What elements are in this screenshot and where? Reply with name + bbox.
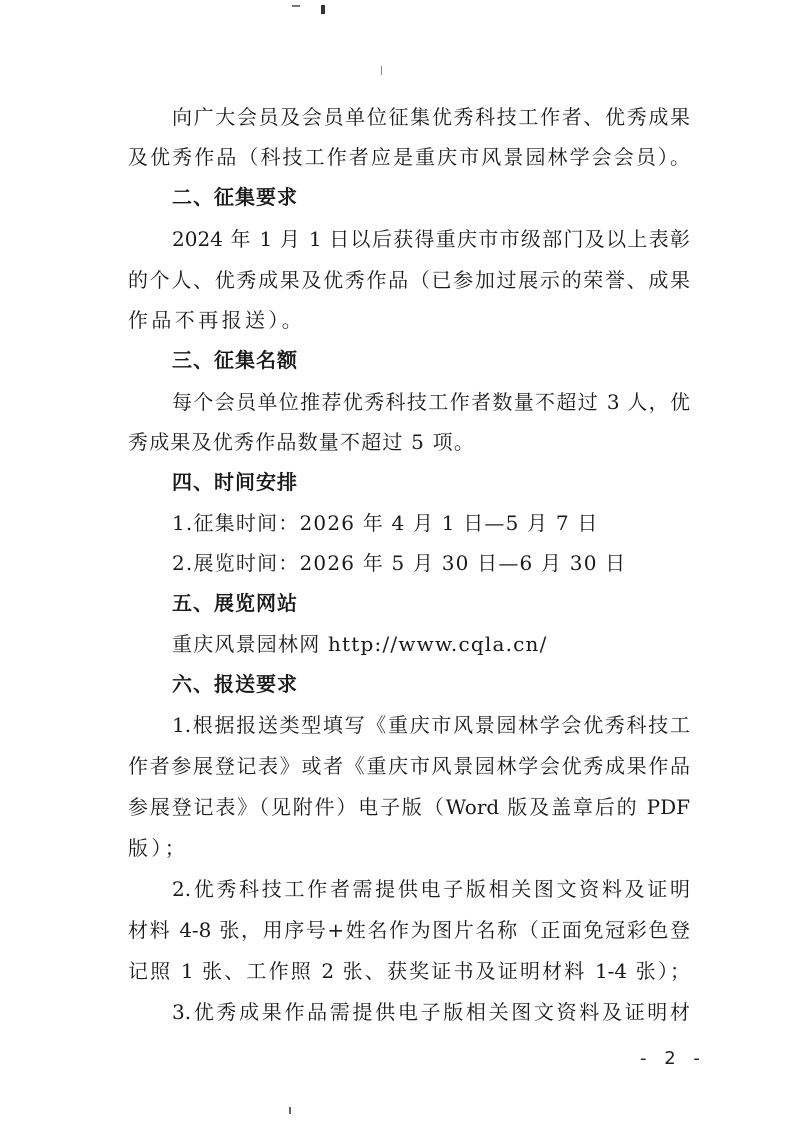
- schedule-exhibition-time: 2.展览时间：2026 年 5 月 30 日—6 月 30 日: [172, 543, 690, 583]
- submission-item2-line-1: 2.优秀科技工作者需提供电子版相关图文资料及证明: [172, 869, 690, 909]
- submission-item3-line-1: 3.优秀成果作品需提供电子版相关图文资料及证明材: [172, 992, 690, 1032]
- intro-line-1: 向广大会员及会员单位征集优秀科技工作者、优秀成果: [172, 97, 690, 137]
- section-heading-quota: 三、征集名额: [172, 340, 690, 380]
- scan-artifact: [289, 1107, 291, 1114]
- section-heading-website: 五、展览网站: [172, 583, 690, 623]
- intro-line-2: 及优秀作品（科技工作者应是重庆市风景园林学会会员）。: [128, 137, 690, 177]
- quota-line-1: 每个会员单位推荐优秀科技工作者数量不超过 3 人，优: [172, 382, 690, 422]
- section-heading-submission: 六、报送要求: [172, 664, 690, 704]
- requirements-line-1: 2024 年 1 月 1 日以后获得重庆市市级部门及以上表彰: [172, 219, 690, 259]
- scan-artifact: [292, 5, 300, 7]
- document-page: 向广大会员及会员单位征集优秀科技工作者、优秀成果 及优秀作品（科技工作者应是重庆…: [0, 0, 794, 1123]
- requirements-line-2: 的个人、优秀成果及优秀作品（已参加过展示的荣誉、成果: [128, 260, 690, 300]
- website-link[interactable]: 重庆风景园林网 http://www.cqla.cn/: [172, 624, 690, 664]
- submission-item2-line-3: 记照 1 张、工作照 2 张、获奖证书及证明材料 1-4 张）；: [128, 951, 690, 991]
- quota-line-2: 秀成果及优秀作品数量不超过 5 项。: [128, 422, 690, 462]
- submission-item1-line-2: 作者参展登记表》或者《重庆市风景园林学会优秀成果作品: [128, 746, 690, 786]
- submission-item1-line-1: 1.根据报送类型填写《重庆市风景园林学会优秀科技工: [172, 705, 690, 745]
- submission-item2-line-2: 材料 4-8 张，用序号+姓名作为图片名称（正面免冠彩色登: [128, 910, 690, 950]
- schedule-collection-time: 1.征集时间：2026 年 4 月 1 日—5 月 7 日: [172, 503, 690, 543]
- submission-item1-line-4: 版）；: [128, 828, 690, 868]
- scan-artifact: [321, 5, 325, 14]
- section-heading-schedule: 四、时间安排: [172, 462, 690, 502]
- scan-artifact: [381, 66, 382, 75]
- section-heading-requirements: 二、征集要求: [172, 177, 690, 217]
- page-number: - 2 -: [640, 1048, 706, 1069]
- submission-item1-line-3: 参展登记表》（见附件）电子版（Word 版及盖章后的 PDF: [128, 787, 690, 827]
- requirements-line-3: 作品不再报送）。: [128, 300, 690, 340]
